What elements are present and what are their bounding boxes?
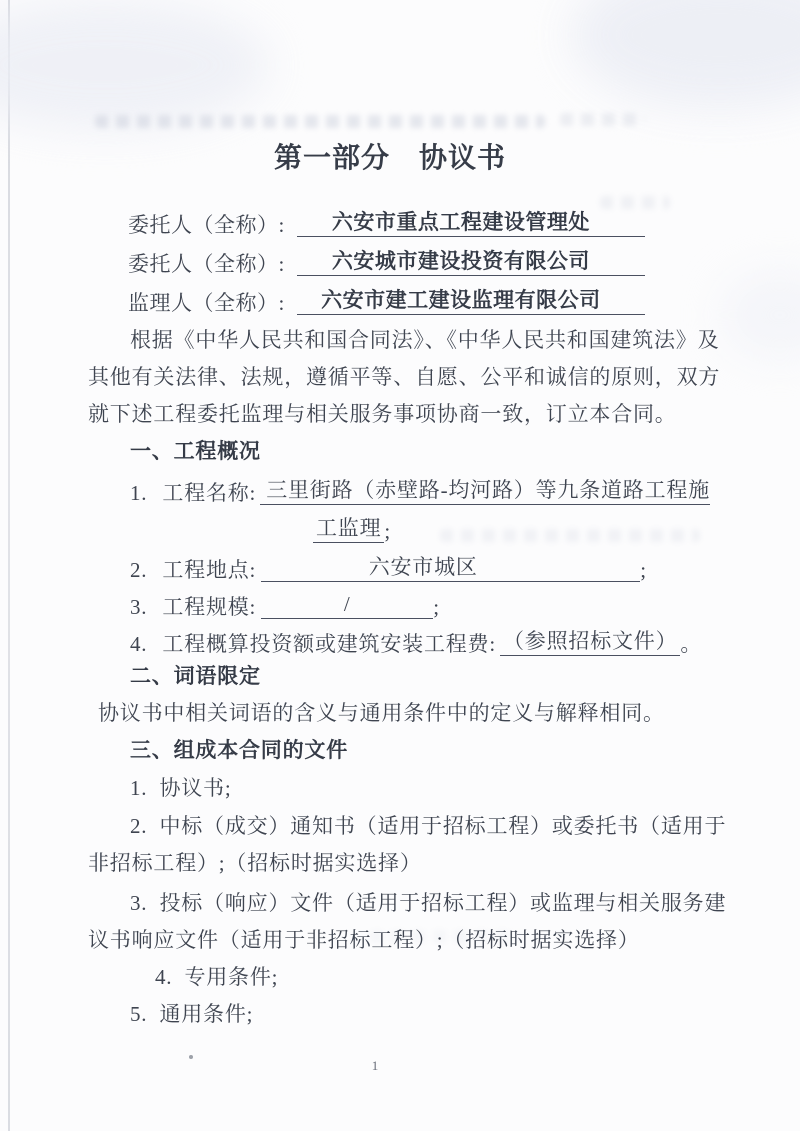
item-number: 3. [130, 595, 147, 619]
item-label: 工程概算投资额或建筑安装工程费: [162, 632, 496, 656]
bleedthrough-text [560, 113, 645, 126]
item-label: 工程地点: [162, 558, 256, 582]
scan-smudge [0, 0, 270, 130]
party-value-underline: 六安城市建设投资有限公司 [297, 249, 645, 276]
party-value-underline: 六安市重点工程建设管理处 [297, 210, 645, 237]
item-end: 。 [680, 632, 702, 656]
contract-doc-item: 3. 投标（响应）文件（适用于招标工程）或监理与相关服务建 [88, 888, 712, 918]
item-end: ; [384, 519, 391, 543]
party-row: 监理人（全称）: 六安市建工建设监理有限公司 [128, 282, 712, 315]
item-project-cost: 4. 工程概算投资额或建筑安装工程费: （参照招标文件） 。 [88, 625, 712, 656]
section-heading-project-overview: 一、工程概况 [88, 436, 712, 466]
contract-doc-item-continuation: 议书响应文件（适用于非招标工程）;（招标时据实选择） [88, 925, 712, 955]
item-project-name-continuation: 工监理; [88, 512, 712, 543]
contract-doc-item: 1. 协议书; [88, 773, 712, 803]
contract-doc-item-continuation: 非招标工程）;（招标时据实选择） [88, 848, 712, 878]
item-value-underline: 三里街路（赤壁路-均河路）等九条道路工程施 [260, 478, 710, 505]
preamble-line: 根据《中华人民共和国合同法》、《中华人民共和国建筑法》及 [88, 325, 712, 355]
item-value-underline: 六安市城区 [261, 555, 640, 582]
terms-body: 协议书中相关词语的含义与通用条件中的定义与解释相同。 [88, 698, 712, 728]
item-value-underline: （参照招标文件） [500, 629, 680, 656]
item-number: 4. [130, 632, 147, 656]
item-project-scale: 3. 工程规模: / ; [88, 588, 712, 619]
scan-smudge [720, 270, 800, 360]
page-number: 1 [0, 1058, 800, 1074]
item-value: / [344, 592, 351, 616]
contract-doc-item: 5. 通用条件; [88, 999, 712, 1029]
party-value: 六安市重点工程建设管理处 [332, 210, 590, 234]
party-label: 监理人（全称）: [128, 291, 285, 315]
item-project-location: 2. 工程地点: 六安市城区 ; [88, 551, 712, 582]
item-end: ; [433, 595, 440, 619]
item-label: 工程规模: [162, 595, 256, 619]
bleedthrough-text [95, 115, 545, 128]
contract-doc-item: 4. 专用条件; [88, 962, 712, 992]
section-heading-terms: 二、词语限定 [88, 661, 712, 691]
party-label: 委托人（全称）: [128, 252, 285, 276]
party-value-underline: 六安市建工建设监理有限公司 [297, 288, 645, 315]
item-label: 工程名称: [162, 481, 256, 505]
item-number: 1. [130, 481, 147, 505]
page-title: 第一部分 协议书 [0, 136, 800, 176]
party-value: 六安城市建设投资有限公司 [332, 249, 590, 273]
item-end: ; [640, 558, 647, 582]
preamble-line: 就下述工程委托监理与相关服务事项协商一致，订立本合同。 [88, 399, 712, 429]
contract-doc-item: 2. 中标（成交）通知书（适用于招标工程）或委托书（适用于 [88, 811, 712, 841]
item-value: 三里街路（赤壁路-均河路）等九条道路工程施 [266, 478, 710, 502]
item-value-underline: 工监理 [313, 516, 384, 543]
document-page: 第一部分 协议书 委托人（全称）: 六安市重点工程建设管理处 委托人（全称）: … [0, 0, 800, 1131]
party-value: 六安市建工建设监理有限公司 [321, 288, 601, 312]
section-heading-contract-documents: 三、组成本合同的文件 [88, 735, 712, 765]
scan-smudge [570, 0, 800, 110]
item-value-underline: / [261, 592, 433, 619]
party-row: 委托人（全称）: 六安市重点工程建设管理处 [128, 204, 712, 237]
item-project-name: 1. 工程名称: 三里街路（赤壁路-均河路）等九条道路工程施 [88, 474, 712, 505]
party-row: 委托人（全称）: 六安城市建设投资有限公司 [128, 243, 712, 276]
preamble-line: 其他有关法律、法规，遵循平等、自愿、公平和诚信的原则，双方 [88, 362, 712, 392]
party-label: 委托人（全称）: [128, 213, 285, 237]
item-value: 六安市城区 [369, 555, 478, 579]
item-number: 2. [130, 558, 147, 582]
